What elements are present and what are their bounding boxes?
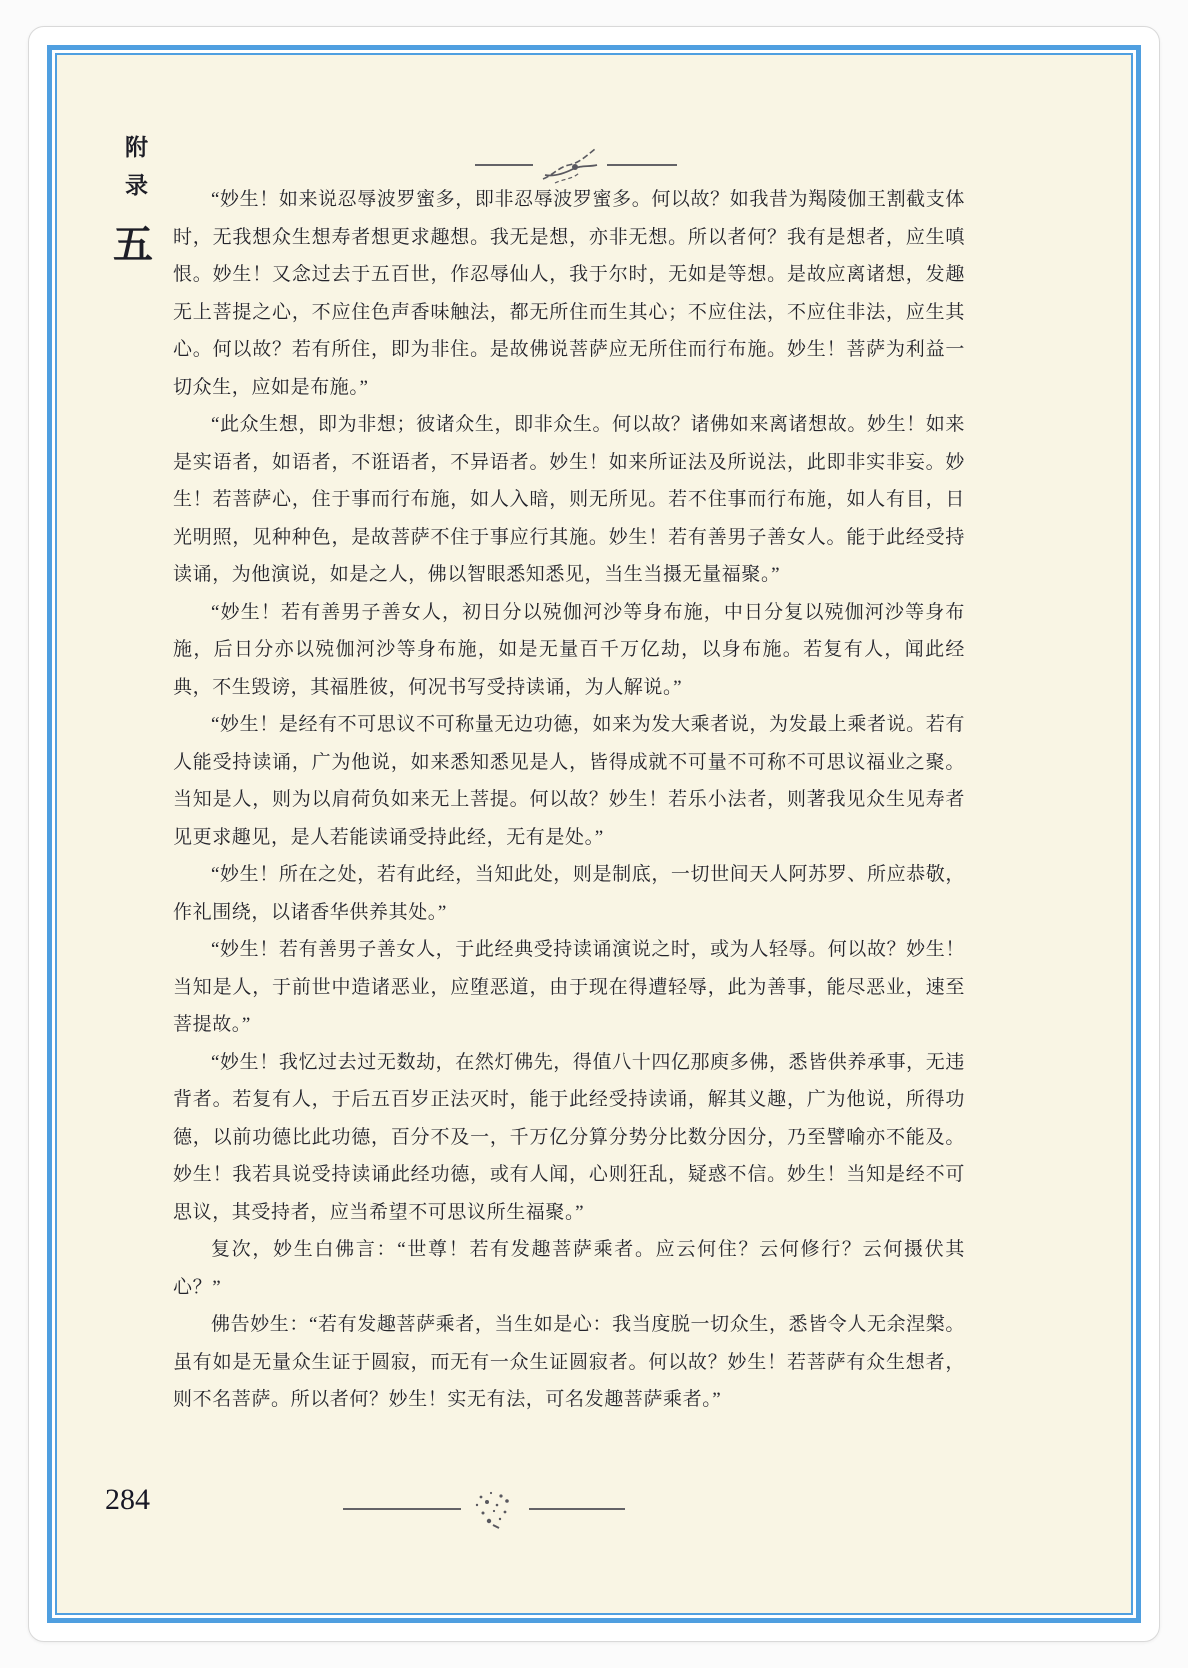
- ink-speckle-icon: [467, 1487, 523, 1531]
- paragraph-9: 佛告妙生：“若有发趣菩萨乘者，当生如是心：我当度脱一切众生，悉皆令人无余涅槃。虽…: [173, 1306, 965, 1419]
- divider-rule-left: [475, 164, 533, 166]
- top-divider-ornament-icon: [475, 145, 687, 185]
- body-text: “妙生！如来说忍辱波罗蜜多，即非忍辱波罗蜜多。何以故？如我昔为羯陵伽王割截支体时…: [173, 181, 965, 1419]
- divider-rule-right: [607, 164, 677, 166]
- divider-rule-left: [343, 1508, 461, 1510]
- bottom-divider-ornament-icon: [343, 1487, 631, 1531]
- outer-blue-frame: 附 录 五 “妙生！如来说忍辱波罗蜜多，即非忍辱波罗蜜多。何以: [47, 45, 1141, 1623]
- margin-label-lu: 录: [125, 167, 148, 200]
- inner-blue-frame: 附 录 五 “妙生！如来说忍辱波罗蜜多，即非忍辱波罗蜜多。何以: [55, 53, 1133, 1615]
- paragraph-5: “妙生！所在之处，若有此经，当知此处，则是制底，一切世间天人阿苏罗、所应恭敬，作…: [173, 856, 965, 931]
- paragraph-6: “妙生！若有善男子善女人，于此经典受持读诵演说之时，或为人轻辱。何以故？妙生！当…: [173, 931, 965, 1044]
- paragraph-2: “此众生想，即为非想；彼诸众生，即非众生。何以故？诸佛如来离诸想故。妙生！如来是…: [173, 406, 965, 594]
- paragraph-3: “妙生！若有善男子善女人，初日分以殑伽河沙等身布施，中日分复以殑伽河沙等身布施，…: [173, 594, 965, 707]
- page-content: 附 录 五 “妙生！如来说忍辱波罗蜜多，即非忍辱波罗蜜多。何以: [57, 55, 1131, 1613]
- paragraph-8: 复次，妙生白佛言：“世尊！若有发趣菩萨乘者。应云何住？云何修行？云何摄伏其心？”: [173, 1231, 965, 1306]
- section-number-five: 五: [113, 213, 153, 270]
- page-number: 284: [105, 1483, 150, 1517]
- brush-squiggle-icon: [539, 145, 601, 185]
- divider-rule-right: [529, 1508, 625, 1510]
- paragraph-4: “妙生！是经有不可思议不可称量无边功德，如来为发大乘者说，为发最上乘者说。若有人…: [173, 706, 965, 856]
- paragraph-7: “妙生！我忆过去过无数劫，在然灯佛先，得值八十四亿那庾多佛，悉皆供养承事，无违背…: [173, 1044, 965, 1232]
- margin-label-fu: 附: [125, 129, 148, 162]
- paragraph-1: “妙生！如来说忍辱波罗蜜多，即非忍辱波罗蜜多。何以故？如我昔为羯陵伽王割截支体时…: [173, 181, 965, 406]
- book-page-card: 附 录 五 “妙生！如来说忍辱波罗蜜多，即非忍辱波罗蜜多。何以: [28, 26, 1160, 1642]
